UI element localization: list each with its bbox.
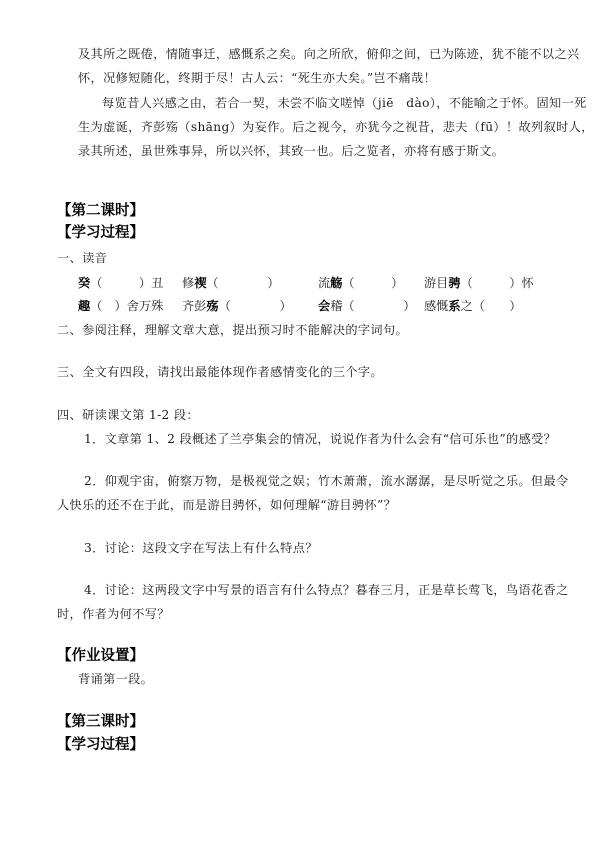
- pronunciation-item: 游目骋（ ）怀: [424, 275, 534, 291]
- pronunciation-row-2: 趣（ ）舍万殊 齐彭殇（ ） 会稽（ ） 感慨系之（ ）: [78, 298, 548, 314]
- pronunciation-item: 修禊（ ）: [182, 275, 280, 291]
- question-4-line-2: 时，作者为何不写？: [57, 606, 170, 622]
- section2-text: 二、参阅注释，理解文章大意，提出预习时不能解决的字词句。: [57, 322, 408, 338]
- pronunciation-item: 感慨系之（ ）: [424, 298, 522, 314]
- homework-heading: 【作业设置】: [57, 647, 144, 665]
- pronunciation-item: 趣（ ）舍万殊: [78, 298, 163, 314]
- section4-title: 四、研读课文第 1-2 段：: [57, 407, 199, 423]
- passage-line: 及其所之既倦，情随事迁，感慨系之矣。向之所欣，俯仰之间，已为陈迹，犹不能不以之兴: [78, 46, 580, 62]
- lesson2-heading: 【第二课时】: [57, 202, 144, 220]
- pronunciation-row-1: 癸（ ）丑 修禊（ ） 流觞（ ） 游目骋（ ）怀: [78, 275, 548, 291]
- section3-text: 三、全文有四段，请找出最能体现作者感情变化的三个字。: [57, 364, 383, 380]
- homework-text: 背诵第一段。: [78, 671, 153, 687]
- passage-line: 每览昔人兴感之由，若合一契，未尝不临文嗟悼（jiē dào），不能喻之于怀。固知…: [102, 95, 587, 111]
- pronunciation-item: 流觞（ ）: [318, 275, 403, 291]
- pronunciation-item: 齐彭殇（ ）: [182, 298, 292, 314]
- question-2-line-2: 人快乐的还不在于此，而是游目骋怀，如何理解“游目骋怀”？: [57, 497, 396, 513]
- lesson2-process-heading: 【学习过程】: [57, 224, 144, 242]
- lesson3-heading: 【第三课时】: [57, 713, 144, 731]
- pronunciation-item: 会稽（ ）: [318, 298, 416, 314]
- lesson3-process-heading: 【学习过程】: [57, 736, 144, 754]
- document-page: 及其所之既倦，情随事迁，感慨系之矣。向之所欣，俯仰之间，已为陈迹，犹不能不以之兴…: [0, 0, 595, 841]
- pronunciation-item: 癸（ ）丑: [78, 275, 163, 291]
- passage-line: 录其所述，虽世殊事异，所以兴怀，其致一也。后之览者，亦将有感于斯文。: [78, 143, 504, 159]
- passage-line: 生为虚诞，齐彭殇（shāng）为妄作。后之视今，亦犹今之视昔，悲夫（fū）！故列…: [78, 119, 594, 135]
- passage-line: 怀，况修短随化，终期于尽！古人云：“死生亦大矣。”岂不痛哉！: [78, 70, 436, 86]
- question-4-line-1: 4．讨论：这两段文字中写景的语言有什么特点？暮春三月，正是草长莺飞，鸟语花香之: [84, 582, 569, 598]
- question-3: 3．讨论：这段文字在写法上有什么特点？: [84, 540, 318, 556]
- question-1: 1．文章第 1、2 段概述了兰亭集会的情况，说说作者为什么会有“信可乐也”的感受…: [84, 431, 556, 447]
- question-2-line-1: 2．仰观宇宙，俯察万物，是极视觉之娱；竹木萧萧，流水潺潺，是尽听觉之乐。但最令: [84, 473, 569, 489]
- section1-title: 一、读音: [57, 250, 107, 266]
